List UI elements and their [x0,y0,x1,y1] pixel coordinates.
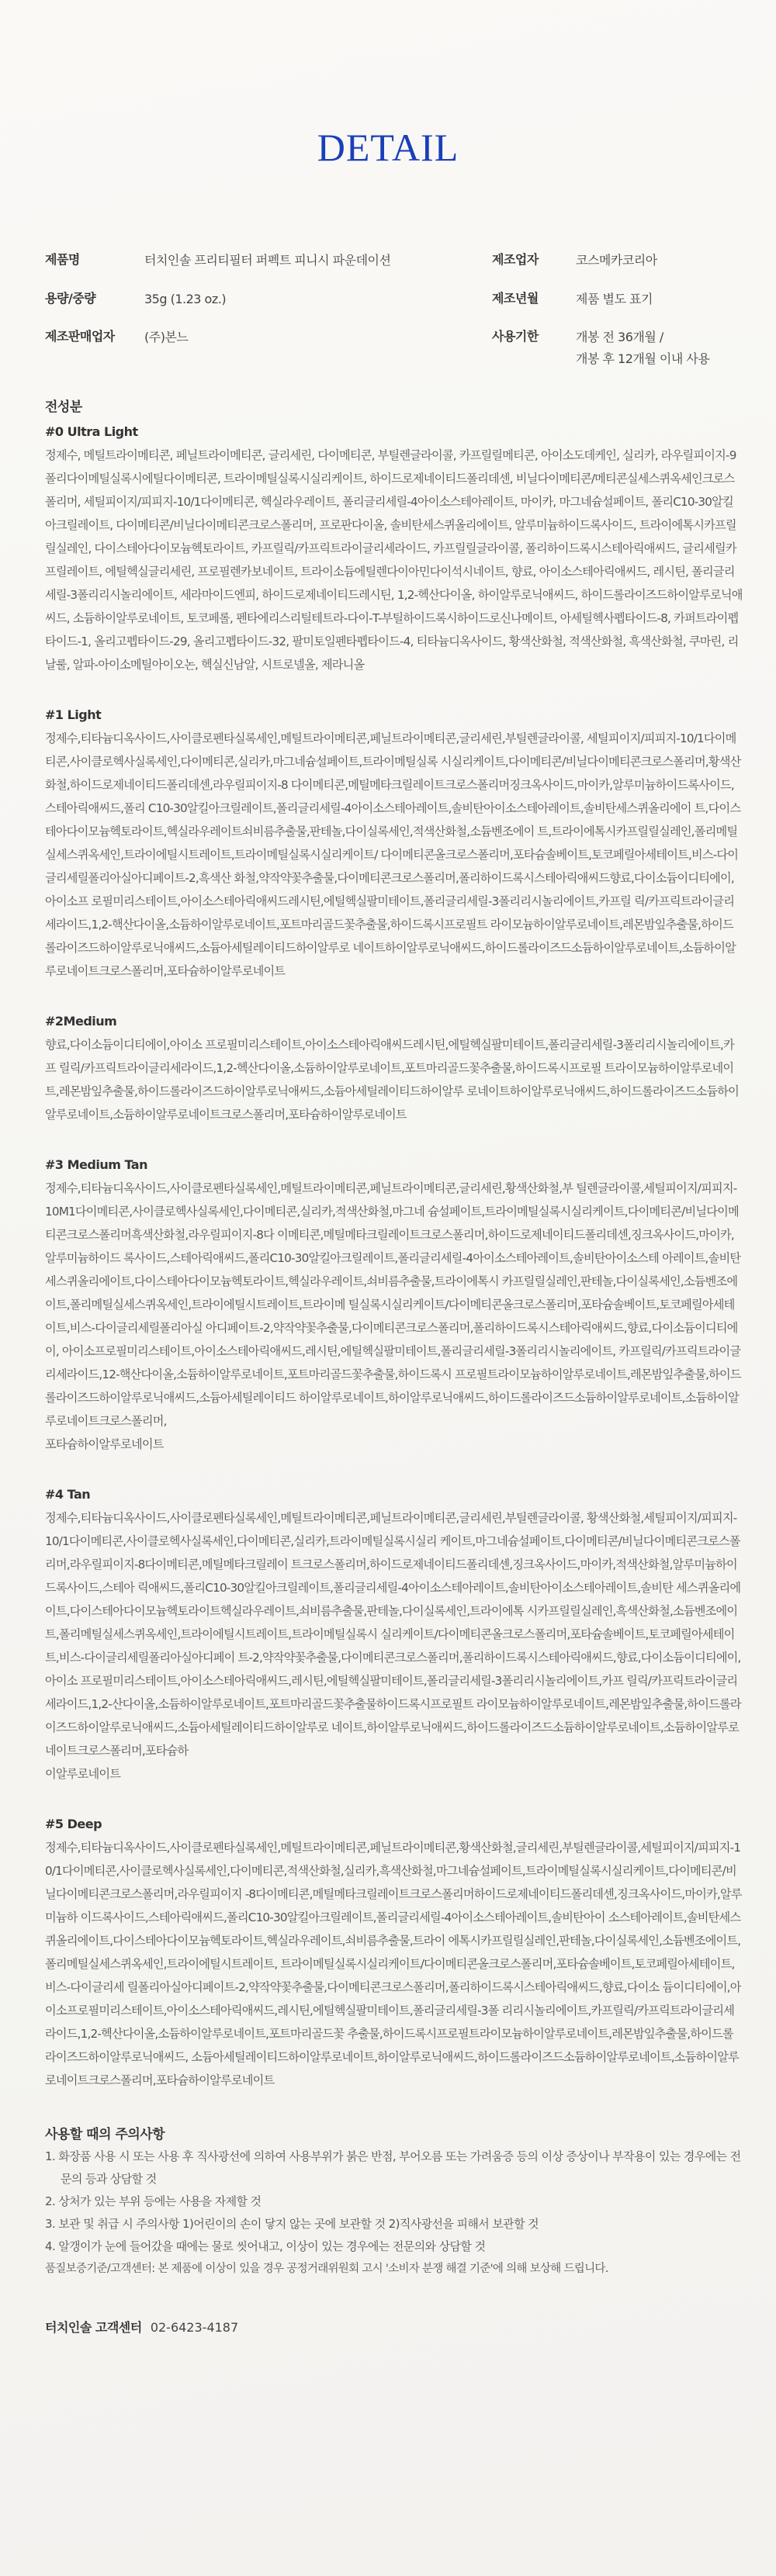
shade-3-medium-tan: #3 Medium Tan 정제수,티타늄디옥사이드,사이클로펜타실록세인,메틸… [45,1157,743,1456]
ingredients-heading: 전성분 [45,396,743,415]
ingredient-list: 향료,다이소듐이디티에이,아이소 프로필미리스테이트,아이소스테아릭애씨드레시틴… [45,1033,743,1126]
info-value: 개봉 전 36개월 / 개봉 후 12개월 이내 사용 [576,327,709,370]
product-detail-page: DETAIL 제품명 터치인솔 프리티필터 퍼펙트 피니시 파운데이션 제조업자… [0,0,776,2576]
info-value: 터치인솔 프리티필터 퍼펙트 피니시 파운데이션 [144,250,390,271]
customer-service-label: 터치인솔 고객센터 [45,2320,142,2335]
info-label: 용량/중량 [45,289,95,306]
shade-name: #5 Deep [45,1817,743,1831]
ingredient-list: 정제수,티타늄디옥사이드,사이클로펜타실록세인,메틸트라이메티콘,페닐트라이메티… [45,1177,743,1456]
ingredient-list: 정제수,티타늄디옥사이드,사이클로펜타실록세인,메틸트라이메티콘,페닐트라이메티… [45,727,743,983]
info-value: 제품 별도 표기 [576,289,653,310]
shade-name: #3 Medium Tan [45,1157,743,1172]
shade-2-medium: #2Medium 향료,다이소듐이디티에이,아이소 프로필미리스테이트,아이소스… [45,1014,743,1126]
shade-0-ultra-light: #0 Ultra Light 정제수, 메틸트라이메티콘, 페닐트라이메티콘, … [45,424,743,676]
ingredient-list: 정제수, 메틸트라이메티콘, 페닐트라이메티콘, 글리세린, 다이메티콘, 부틸… [45,444,743,676]
info-value: (주)본느 [144,327,188,348]
info-label: 사용기한 [492,327,539,344]
info-row-seller: 제조판매업자 (주)본느 사용기한 개봉 전 36개월 / 개봉 후 12개월 … [45,327,743,373]
caution-item: 1. 화장품 사용 시 또는 사용 후 직사광선에 의하여 사용부위가 붉은 반… [45,2146,743,2190]
info-row-product-name: 제품명 터치인솔 프리티필터 퍼펙트 피니시 파운데이션 제조업자 코스메카코리… [45,250,743,273]
shade-name: #0 Ultra Light [45,424,743,439]
shade-name: #1 Light [45,707,743,722]
info-label: 제조년월 [492,289,539,306]
caution-item: 2. 상처가 있는 부위 등에는 사용을 자제할 것 [45,2190,743,2213]
caution-item: 4. 알갱이가 눈에 들어갔을 때에는 물로 씻어내고, 이상이 있는 경우에는… [45,2235,743,2258]
ingredient-list: 정제수,티타늄디옥사이드,사이클로펜타실록세인,메틸트라이메티콘,페닐트라이메티… [45,1506,743,1786]
shade-1-light: #1 Light 정제수,티타늄디옥사이드,사이클로펜타실록세인,메틸트라이메티… [45,707,743,983]
ingredient-list: 정제수,티타늄디옥사이드,사이클로펜타실록세인,메틸트라이메티콘,페닐트라이메티… [45,1836,743,2092]
info-row-capacity: 용량/중량 35g (1.23 oz.) 제조년월 제품 별도 표기 [45,289,743,312]
cautions-heading: 사용할 때의 주의사항 [45,2123,743,2142]
caution-item: 3. 보관 및 취급 시 주의사항 1)어린이의 손이 닿지 않는 곳에 보관할… [45,2213,743,2235]
ingredients-section: 전성분 #0 Ultra Light 정제수, 메틸트라이메티콘, 페닐트라이메… [45,396,743,2336]
cautions-section: 사용할 때의 주의사항 1. 화장품 사용 시 또는 사용 후 직사광선에 의하… [45,2123,743,2280]
info-label: 제조판매업자 [45,327,115,344]
customer-service-phone[interactable]: 02-6423-4187 [151,2320,238,2335]
info-value: 코스메카코리아 [576,250,657,271]
detail-title: DETAIL [0,124,776,171]
expiry-line-1: 개봉 전 36개월 / [576,330,663,344]
shade-name: #4 Tan [45,1487,743,1502]
info-value: 35g (1.23 oz.) [144,289,226,310]
shade-5-deep: #5 Deep 정제수,티타늄디옥사이드,사이클로펜타실록세인,메틸트라이메티콘… [45,1817,743,2092]
info-label: 제조업자 [492,250,539,268]
shade-4-tan: #4 Tan 정제수,티타늄디옥사이드,사이클로펜타실록세인,메틸트라이메티콘,… [45,1487,743,1786]
expiry-line-2: 개봉 후 12개월 이내 사용 [576,351,709,366]
shade-name: #2Medium [45,1014,743,1029]
info-label: 제품명 [45,250,80,268]
quality-guarantee-text: 품질보증기준/고객센터: 본 제품에 이상이 있을 경우 공정거래위원회 고시 … [45,2258,743,2280]
customer-service: 터치인솔 고객센터 02-6423-4187 [45,2318,743,2336]
